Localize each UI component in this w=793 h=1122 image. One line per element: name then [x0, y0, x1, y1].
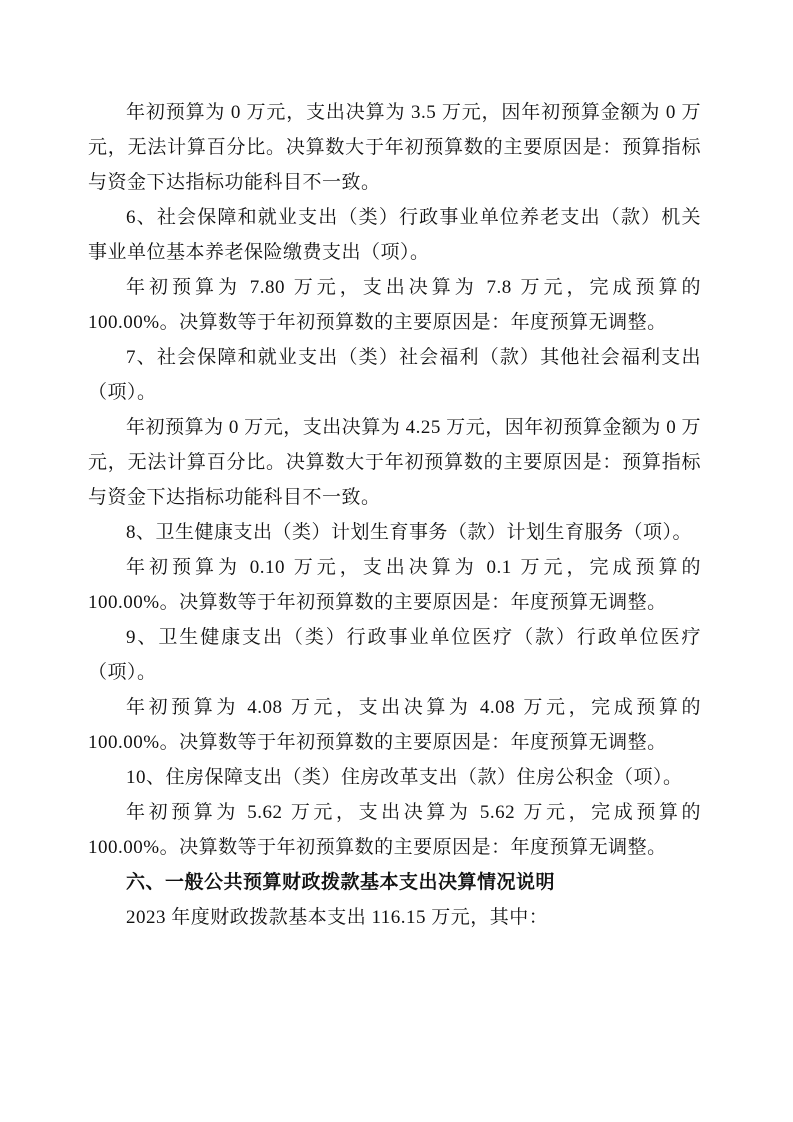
paragraph-item9-budget-note: 年初预算为 4.08 万元，支出决算为 4.08 万元，完成预算的 100.00…: [88, 690, 701, 760]
paragraph-section6-intro: 2023 年度财政拨款基本支出 116.15 万元，其中：: [88, 900, 701, 935]
paragraph-item8-budget-note: 年初预算为 0.10 万元，支出决算为 0.1 万元，完成预算的 100.00%…: [88, 550, 701, 620]
document-body: 年初预算为 0 万元，支出决算为 3.5 万元，因年初预算金额为 0 万元，无法…: [0, 0, 793, 935]
paragraph-item8-title: 8、卫生健康支出（类）计划生育事务（款）计划生育服务（项）。: [88, 515, 701, 550]
paragraph-item7-title: 7、社会保障和就业支出（类）社会福利（款）其他社会福利支出（项）。: [88, 340, 701, 410]
paragraph-item6-budget-note: 年初预算为 7.80 万元，支出决算为 7.8 万元，完成预算的 100.00%…: [88, 270, 701, 340]
document-page: 年初预算为 0 万元，支出决算为 3.5 万元，因年初预算金额为 0 万元，无法…: [0, 0, 793, 1122]
section-six-heading: 六、一般公共预算财政拨款基本支出决算情况说明: [88, 865, 701, 900]
paragraph-item6-title: 6、社会保障和就业支出（类）行政事业单位养老支出（款）机关事业单位基本养老保险缴…: [88, 200, 701, 270]
paragraph-item7-budget-note: 年初预算为 0 万元，支出决算为 4.25 万元，因年初预算金额为 0 万元，无…: [88, 410, 701, 515]
paragraph-item5-budget-note: 年初预算为 0 万元，支出决算为 3.5 万元，因年初预算金额为 0 万元，无法…: [88, 95, 701, 200]
paragraph-item10-title: 10、住房保障支出（类）住房改革支出（款）住房公积金（项）。: [88, 760, 701, 795]
paragraph-item10-budget-note: 年初预算为 5.62 万元，支出决算为 5.62 万元，完成预算的 100.00…: [88, 795, 701, 865]
paragraph-item9-title: 9、卫生健康支出（类）行政事业单位医疗（款）行政单位医疗（项）。: [88, 620, 701, 690]
